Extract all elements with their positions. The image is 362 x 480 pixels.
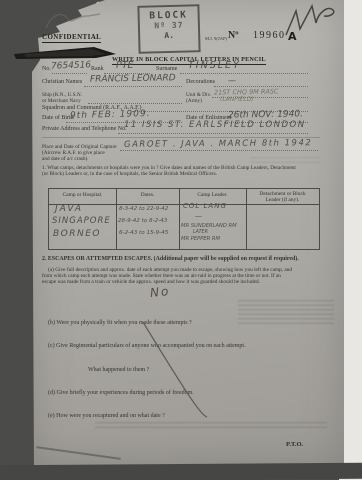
- scanned-pow-questionnaire: CONFIDENTIAL BLOCK Nº 37 A. M.I. 9(JAP) …: [0, 0, 362, 480]
- pto-marking: P.T.O.: [286, 441, 303, 448]
- photo-background: [0, 463, 362, 480]
- ink-bleedthrough: [250, 155, 320, 163]
- ink-bleedthrough: [238, 298, 334, 324]
- ink-bleedthrough: [95, 421, 327, 428]
- pencil-slash: [0, 0, 362, 480]
